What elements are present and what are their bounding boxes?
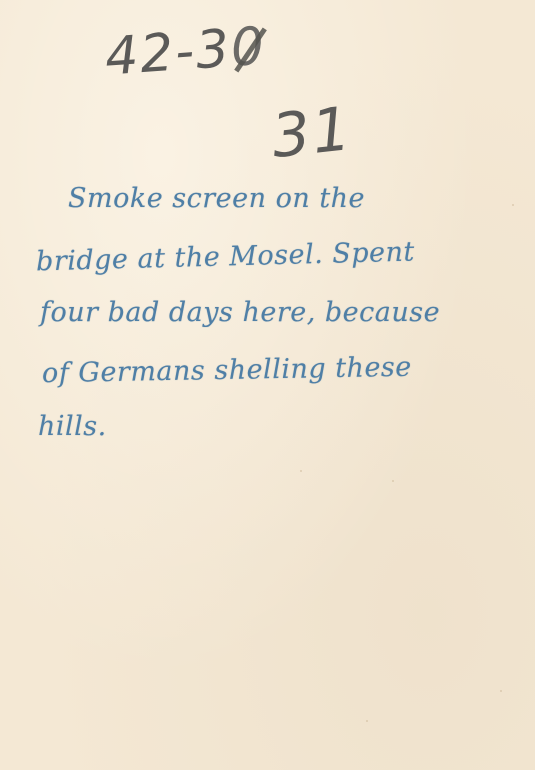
paper-fleck [392, 480, 394, 482]
caption-line: hills. [36, 398, 526, 455]
pencil-number-prefix: 42-3 [103, 19, 233, 88]
caption-line: four bad days here, because [36, 284, 526, 341]
caption-line: bridge at the Mosel. Spent [35, 221, 526, 291]
pencil-number-original: 42-30 [103, 16, 268, 87]
handwritten-caption: Smoke screen on the bridge at the Mosel.… [36, 170, 526, 455]
struck-out-digit: 0 [229, 16, 268, 78]
paper-fleck [300, 470, 302, 472]
pencil-number-correction: 31 [269, 94, 356, 172]
caption-line: Smoke screen on the [36, 170, 526, 227]
caption-line: of Germans shelling these [36, 337, 527, 403]
paper-fleck [500, 690, 502, 692]
paper-fleck [366, 720, 368, 722]
